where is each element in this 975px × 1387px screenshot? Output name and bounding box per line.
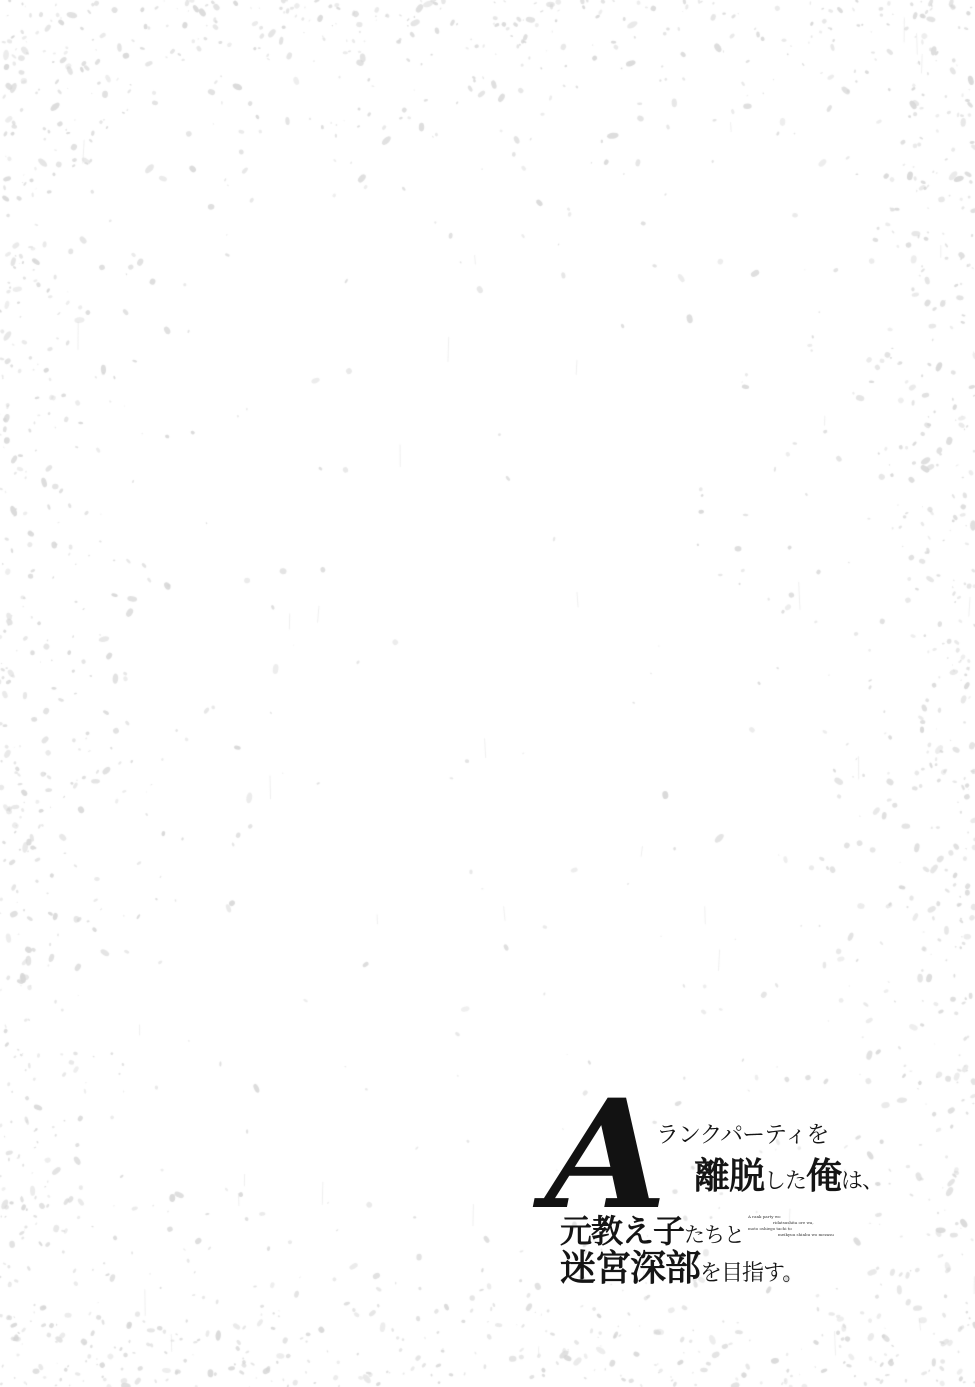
- title-text: 俺: [806, 1155, 841, 1197]
- title-logo: A ランクパーティを 離脱した俺は、 元教え子たちと A rank party …: [548, 1088, 868, 1278]
- title-text: は、: [841, 1169, 883, 1194]
- title-text: 離脱: [694, 1155, 764, 1197]
- title-text: した: [764, 1169, 806, 1194]
- subtitle-line: meikyuu shinbu wo mezasu: [748, 1232, 848, 1238]
- title-text: 迷宮深部: [560, 1247, 700, 1289]
- title-line-1: ランクパーティを: [656, 1116, 828, 1149]
- title-line-2: 離脱した俺は、: [694, 1148, 883, 1199]
- romaji-subtitle: A rank party wo ridatsushita ore wa, mot…: [748, 1214, 848, 1238]
- title-text: を目指す。: [700, 1261, 803, 1286]
- title-line-4: 迷宮深部を目指す。: [560, 1240, 803, 1291]
